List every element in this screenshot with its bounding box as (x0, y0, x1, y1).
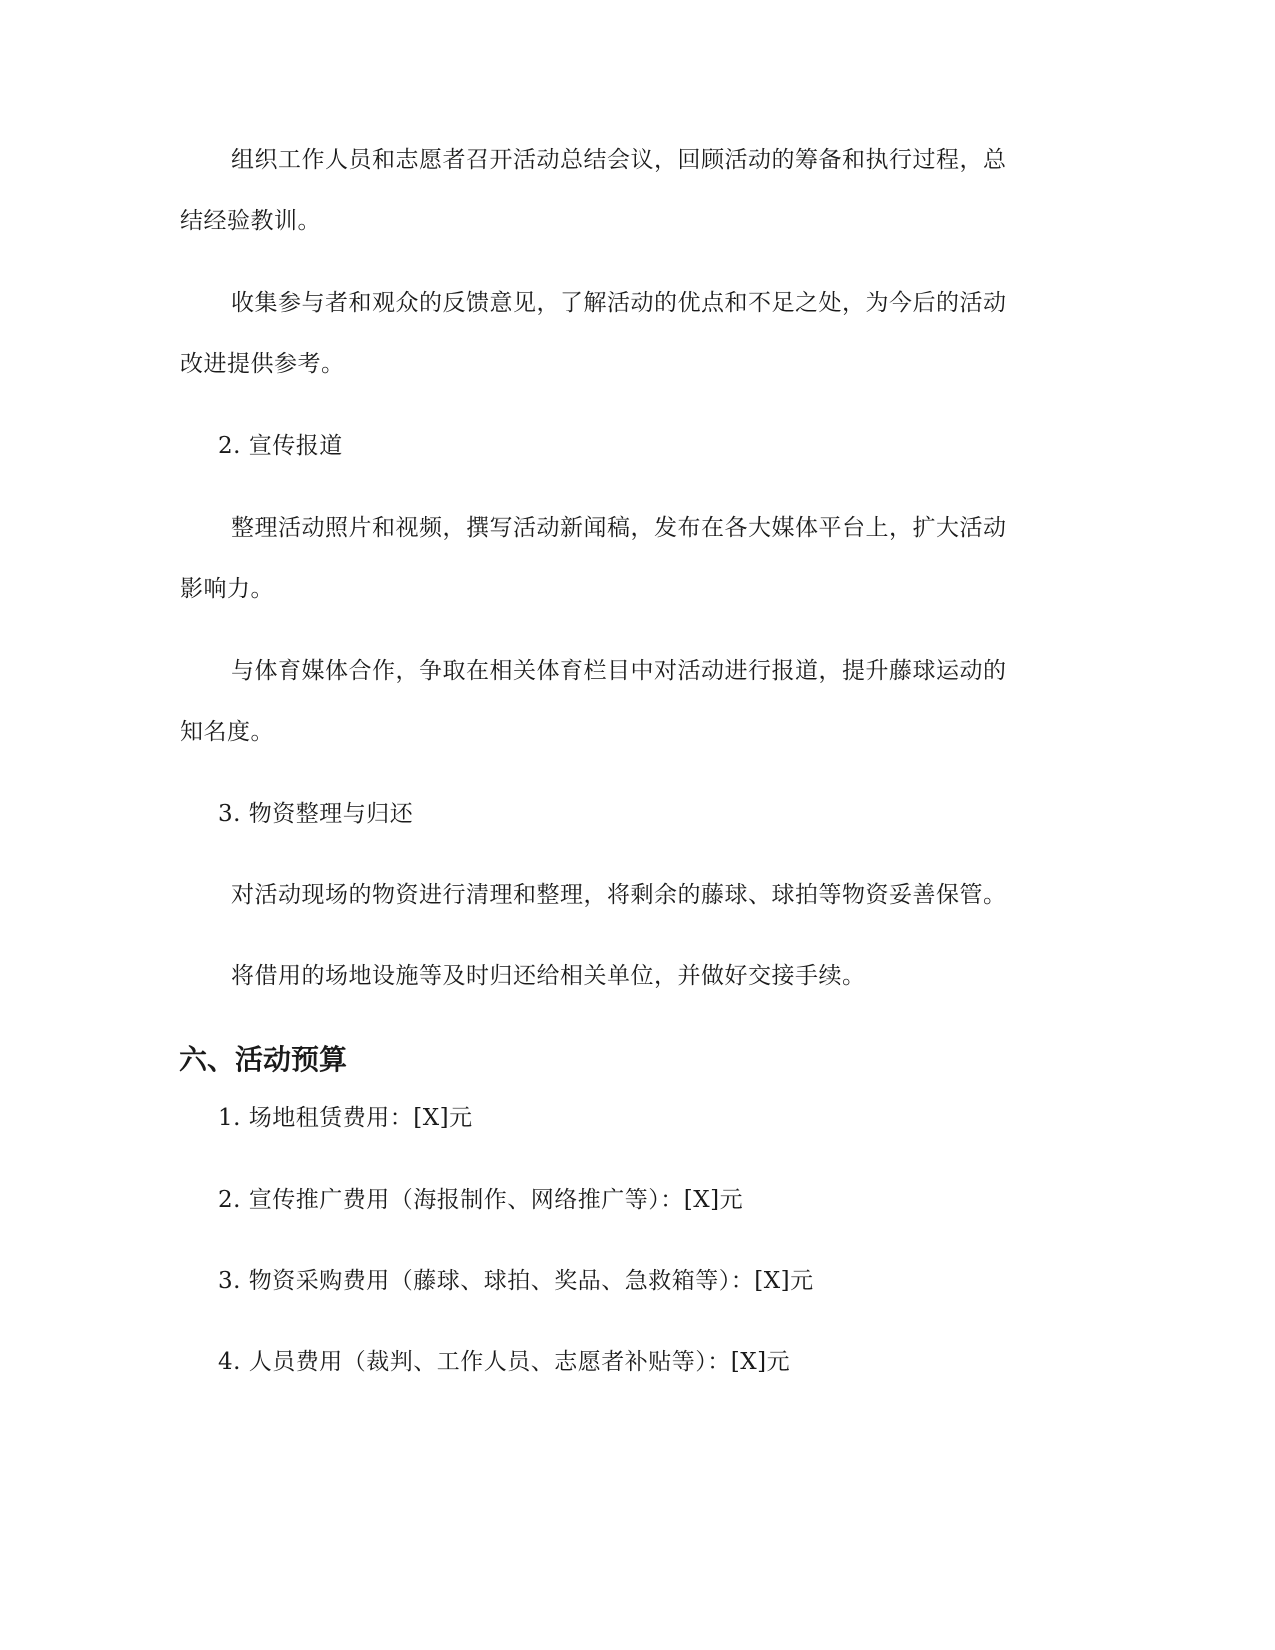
paragraph-line: 影响力。 (180, 574, 274, 604)
paragraph-line: 收集参与者和观众的反馈意见，了解活动的优点和不足之处，为今后的活动 (231, 288, 1007, 318)
paragraph-line: 将借用的场地设施等及时归还给相关单位，并做好交接手续。 (231, 961, 866, 991)
section-heading: 六、活动预算 (179, 1043, 347, 1077)
paragraph-line: 知名度。 (180, 717, 274, 747)
paragraph-line: 改进提供参考。 (180, 349, 345, 379)
paragraph-line: 与体育媒体合作，争取在相关体育栏目中对活动进行报道，提升藤球运动的 (231, 656, 1007, 686)
list-item-heading: 2. 宣传报道 (218, 431, 343, 461)
budget-item: 1. 场地租赁费用：[X]元 (218, 1103, 473, 1133)
paragraph-line: 组织工作人员和志愿者召开活动总结会议，回顾活动的筹备和执行过程，总 (231, 145, 1007, 175)
paragraph-line: 结经验教训。 (180, 206, 321, 236)
paragraph-line: 整理活动照片和视频，撰写活动新闻稿，发布在各大媒体平台上，扩大活动 (231, 513, 1007, 543)
list-item-heading: 3. 物资整理与归还 (218, 799, 413, 829)
budget-item: 4. 人员费用（裁判、工作人员、志愿者补贴等）：[X]元 (218, 1347, 790, 1377)
budget-item: 2. 宣传推广费用（海报制作、网络推广等）：[X]元 (218, 1185, 743, 1215)
paragraph-line: 对活动现场的物资进行清理和整理，将剩余的藤球、球拍等物资妥善保管。 (231, 880, 1007, 910)
budget-item: 3. 物资采购费用（藤球、球拍、奖品、急救箱等）：[X]元 (218, 1266, 814, 1296)
